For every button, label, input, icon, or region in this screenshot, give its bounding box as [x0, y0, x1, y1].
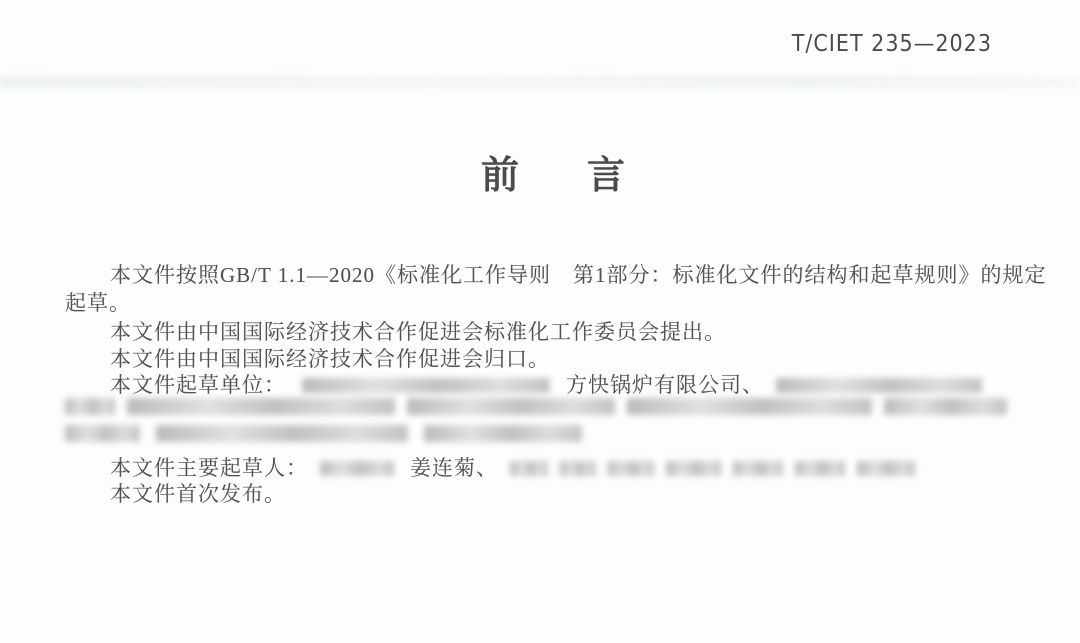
redacted-text-blur [65, 398, 115, 415]
foreword-basis-line2: 起草。 [65, 289, 131, 317]
redacted-text-blur [302, 378, 550, 393]
redacted-text-blur [65, 425, 140, 442]
foreword-drafting-units-line2 [65, 398, 1007, 415]
document-page: T/CIET 235—2023 前 言 本文件按照GB/T 1.1—2020《标… [0, 0, 1080, 643]
drafting-unit-visible: 方快锅炉有限公司、 [566, 371, 764, 399]
redacted-text-blur [608, 461, 654, 476]
redacted-text-blur [733, 461, 783, 476]
redacted-text-blur [320, 461, 394, 476]
redacted-text-blur [424, 425, 582, 442]
foreword-drafters-line: 本文件主要起草人： 姜连菊、 [110, 454, 915, 482]
redacted-text-blur [884, 398, 1007, 415]
redacted-text-blur [627, 398, 872, 415]
title-char-second: 言 [587, 152, 625, 200]
scan-artifact-band [0, 76, 1080, 88]
foreword-proposed-by: 本文件由中国国际经济技术合作促进会标准化工作委员会提出。 [110, 318, 726, 346]
redacted-text-blur [666, 461, 721, 476]
drafters-label: 本文件主要起草人： [110, 454, 308, 482]
title-char-first: 前 [481, 152, 519, 200]
redacted-text-blur [510, 461, 548, 476]
redacted-text-blur [156, 425, 408, 442]
foreword-first-issue: 本文件首次发布。 [110, 480, 286, 508]
redacted-text-blur [857, 461, 915, 476]
page-title: 前 言 [0, 152, 1080, 200]
drafter-visible: 姜连菊、 [410, 454, 498, 482]
standard-number: T/CIET 235—2023 [792, 31, 992, 57]
foreword-basis-line1: 本文件按照GB/T 1.1—2020《标准化工作导则 第1部分：标准化文件的结构… [110, 261, 1046, 289]
foreword-centralized-by: 本文件由中国国际经济技术合作促进会归口。 [110, 345, 550, 373]
redacted-text-blur [407, 398, 615, 415]
redacted-text-blur [795, 461, 845, 476]
drafting-units-label: 本文件起草单位： [110, 371, 286, 399]
redacted-text-blur [776, 378, 982, 393]
redacted-text-blur [127, 398, 395, 415]
redacted-text-blur [560, 461, 596, 476]
foreword-drafting-units-line3 [65, 425, 582, 442]
foreword-drafting-units-line1: 本文件起草单位： 方快锅炉有限公司、 [110, 371, 982, 399]
